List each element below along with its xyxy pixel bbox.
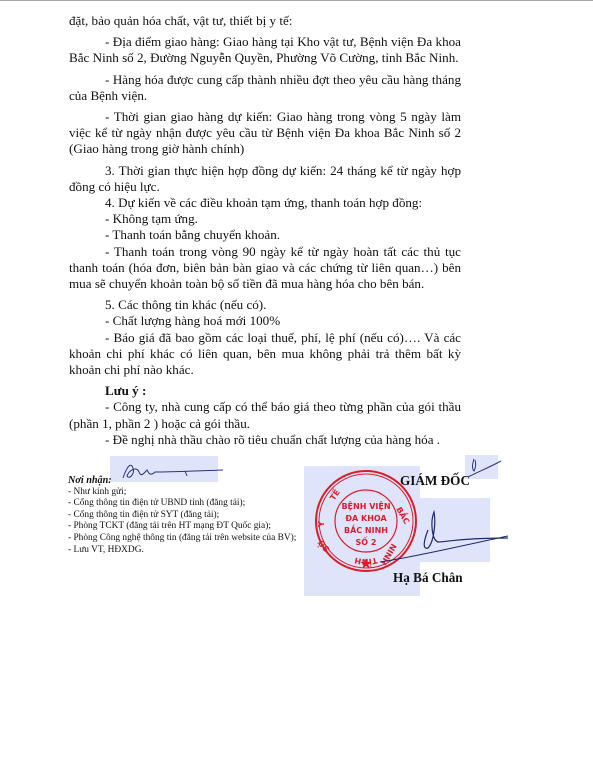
- paragraph-payment-terms-heading: 4. Dự kiến về các điều khoản tạm ứng, th…: [69, 195, 461, 211]
- handwritten-initial-icon: [466, 455, 502, 479]
- paragraph-contract-duration: 3. Thời gian thực hiện hợp đồng dự kiến:…: [69, 163, 461, 195]
- note-heading: Lưu ý :: [69, 383, 461, 399]
- paragraph-quality: - Chất lượng hàng hoá mới 100%: [69, 313, 461, 329]
- paragraph-no-advance: - Không tạm ứng.: [69, 211, 461, 227]
- paragraph-quality-standard: - Đề nghị nhà thầu chào rõ tiêu chuẩn ch…: [69, 432, 461, 448]
- paragraph-partial-quote: - Công ty, nhà cung cấp có thể báo giá t…: [69, 399, 461, 431]
- signer-name: Hạ Bá Chân: [393, 570, 463, 586]
- stamp-line-4: SỐ 2: [356, 535, 377, 547]
- director-signature-icon: [380, 500, 510, 570]
- svg-text:Y: Y: [317, 521, 326, 528]
- signer-title: GIÁM ĐỐC: [400, 473, 470, 489]
- paragraph-delivery-time: - Thời gian giao hàng dự kiến: Giao hàng…: [69, 109, 461, 158]
- paragraph-continuation: đặt, bảo quản hóa chất, vật tư, thiết bị…: [69, 13, 461, 29]
- paragraph-delivery-batches: - Hàng hóa được cung cấp thành nhiều đợt…: [69, 72, 461, 104]
- paragraph-price-includes-tax: - Báo giá đã bao gồm các loại thuế, phí,…: [69, 330, 461, 379]
- paragraph-payment-within-90-days: - Thanh toán trong vòng 90 ngày kể từ ng…: [69, 244, 461, 293]
- document-body: đặt, bảo quản hóa chất, vật tư, thiết bị…: [69, 13, 461, 448]
- paragraph-delivery-location: - Địa điểm giao hàng: Giao hàng tại Kho …: [69, 34, 461, 66]
- page-top-border: [0, 0, 593, 1]
- svg-text:SỞ: SỞ: [314, 538, 331, 555]
- paragraph-other-info-heading: 5. Các thông tin khác (nếu có).: [69, 297, 461, 313]
- paragraph-bank-transfer: - Thanh toán bằng chuyển khoản.: [69, 227, 461, 243]
